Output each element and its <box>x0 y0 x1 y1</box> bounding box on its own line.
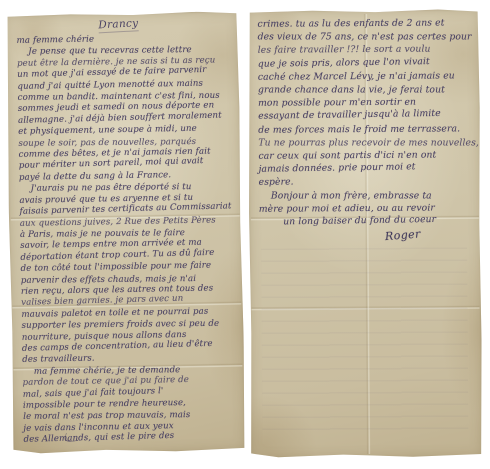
letter-page-2: crimes. tu as lu des enfants de 2 ans et… <box>247 9 482 459</box>
handwritten-line: espère. <box>259 176 294 189</box>
page1-handwriting: ma femme chérie Je pense que tu recevras… <box>17 32 240 446</box>
handwritten-line: grande chance dans la vie, je ferai tout <box>258 84 445 97</box>
handwritten-line: des vieux de 75 ans, ce n'est pas certes… <box>258 31 472 44</box>
handwritten-line: Tu ne pourras plus recevoir de mes nouve… <box>258 137 474 150</box>
handwritten-line: des travailleurs. <box>22 354 95 367</box>
page2-handwriting: crimes. tu as lu des enfants de 2 ans et… <box>257 16 474 229</box>
handwritten-line: à Paris, mais je ne pouvais te le faire <box>20 228 185 241</box>
bleed-through-text <box>261 247 468 438</box>
fold-crease <box>252 305 479 311</box>
photo-background: Drancy ma femme chérie Je pense que tu r… <box>0 0 490 469</box>
handwritten-line: supporter les premiers froids avec si pe… <box>22 319 220 332</box>
handwritten-line: essayant de travailler jusqu'à la limite <box>258 107 441 123</box>
handwritten-line: un long baiser du fond du coeur <box>259 213 436 229</box>
handwritten-line: de mes forces mais le froid me terrasser… <box>258 122 460 137</box>
handwritten-line: le moral n'est pas trop mauvais, mais <box>23 410 190 423</box>
handwritten-line: soupe le soir, pas de nouvelles, parqués <box>18 137 196 150</box>
handwritten-line: crimes. tu as lu des enfants de 2 ans et <box>257 16 444 31</box>
handwritten-line: comme un bandit. maintenant c'est fini, … <box>18 91 220 105</box>
signature: Roger <box>385 229 422 244</box>
handwritten-line: caché chez Marcel Lévy, je n'ai jamais e… <box>258 69 455 84</box>
page1-content: Drancy ma femme chérie Je pense que tu r… <box>16 16 239 446</box>
handwritten-line: parvenir des effets chauds, mais je n'ai <box>21 274 196 287</box>
handwritten-line: J'aurais pu ne pas être déporté si tu <box>19 182 191 195</box>
letter-page-1: Drancy ma femme chérie Je pense que tu r… <box>5 11 246 455</box>
handwritten-line: Bonjour à mon frère, embrasse ta <box>259 189 432 202</box>
page2-content: crimes. tu as lu des enfants de 2 ans et… <box>257 16 475 243</box>
page1-heading: Drancy <box>98 17 139 33</box>
handwritten-line: aux questions juives, 2 Rue des Petits P… <box>20 215 216 230</box>
handwritten-line: que je sois pris, alors que l'on vivait <box>258 55 430 71</box>
handwritten-line: jamais données. prie pour moi et <box>258 161 415 177</box>
handwritten-line: des Allemands, qui est le pire des <box>23 431 174 446</box>
